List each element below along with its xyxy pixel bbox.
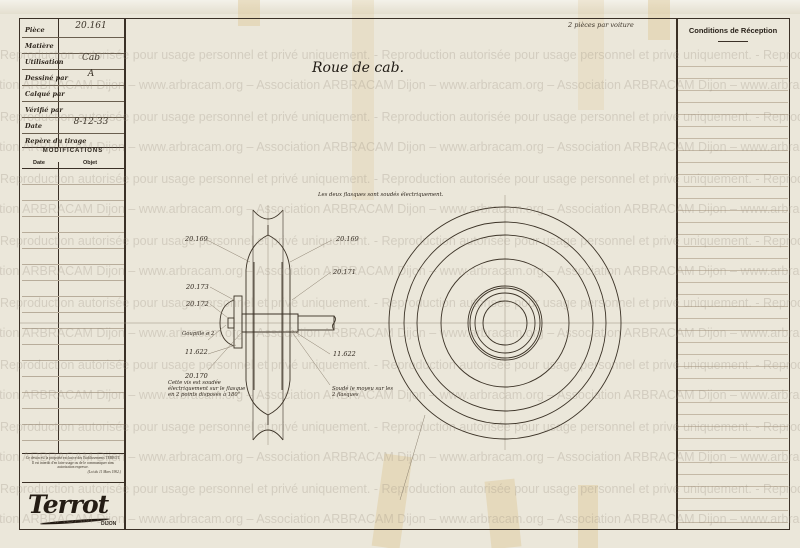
- part-label: Goupille ø 2: [182, 331, 214, 337]
- wheel-drawing: [0, 0, 800, 548]
- part-label: 20.169: [336, 235, 359, 243]
- drawing-sheet: Pièce20.161 Matière UtilisationCab Dessi…: [0, 0, 800, 548]
- note-hub-welded: Soudé le moyeu sur les 2 flasques: [332, 386, 394, 398]
- part-label: 20.170: [185, 372, 208, 380]
- part-label: 20.173: [186, 283, 209, 291]
- part-label: 11.622: [185, 348, 208, 356]
- part-label: 11.622: [333, 350, 356, 358]
- part-label: 20.171: [333, 268, 356, 276]
- part-label: 20.169: [185, 235, 208, 243]
- note-flanges-welded: Les deux flasques sont soudés électrique…: [318, 192, 443, 198]
- part-label: 20.172: [186, 300, 209, 308]
- note-screw-welded: Cette vis est soudée électriquement sur …: [168, 380, 248, 398]
